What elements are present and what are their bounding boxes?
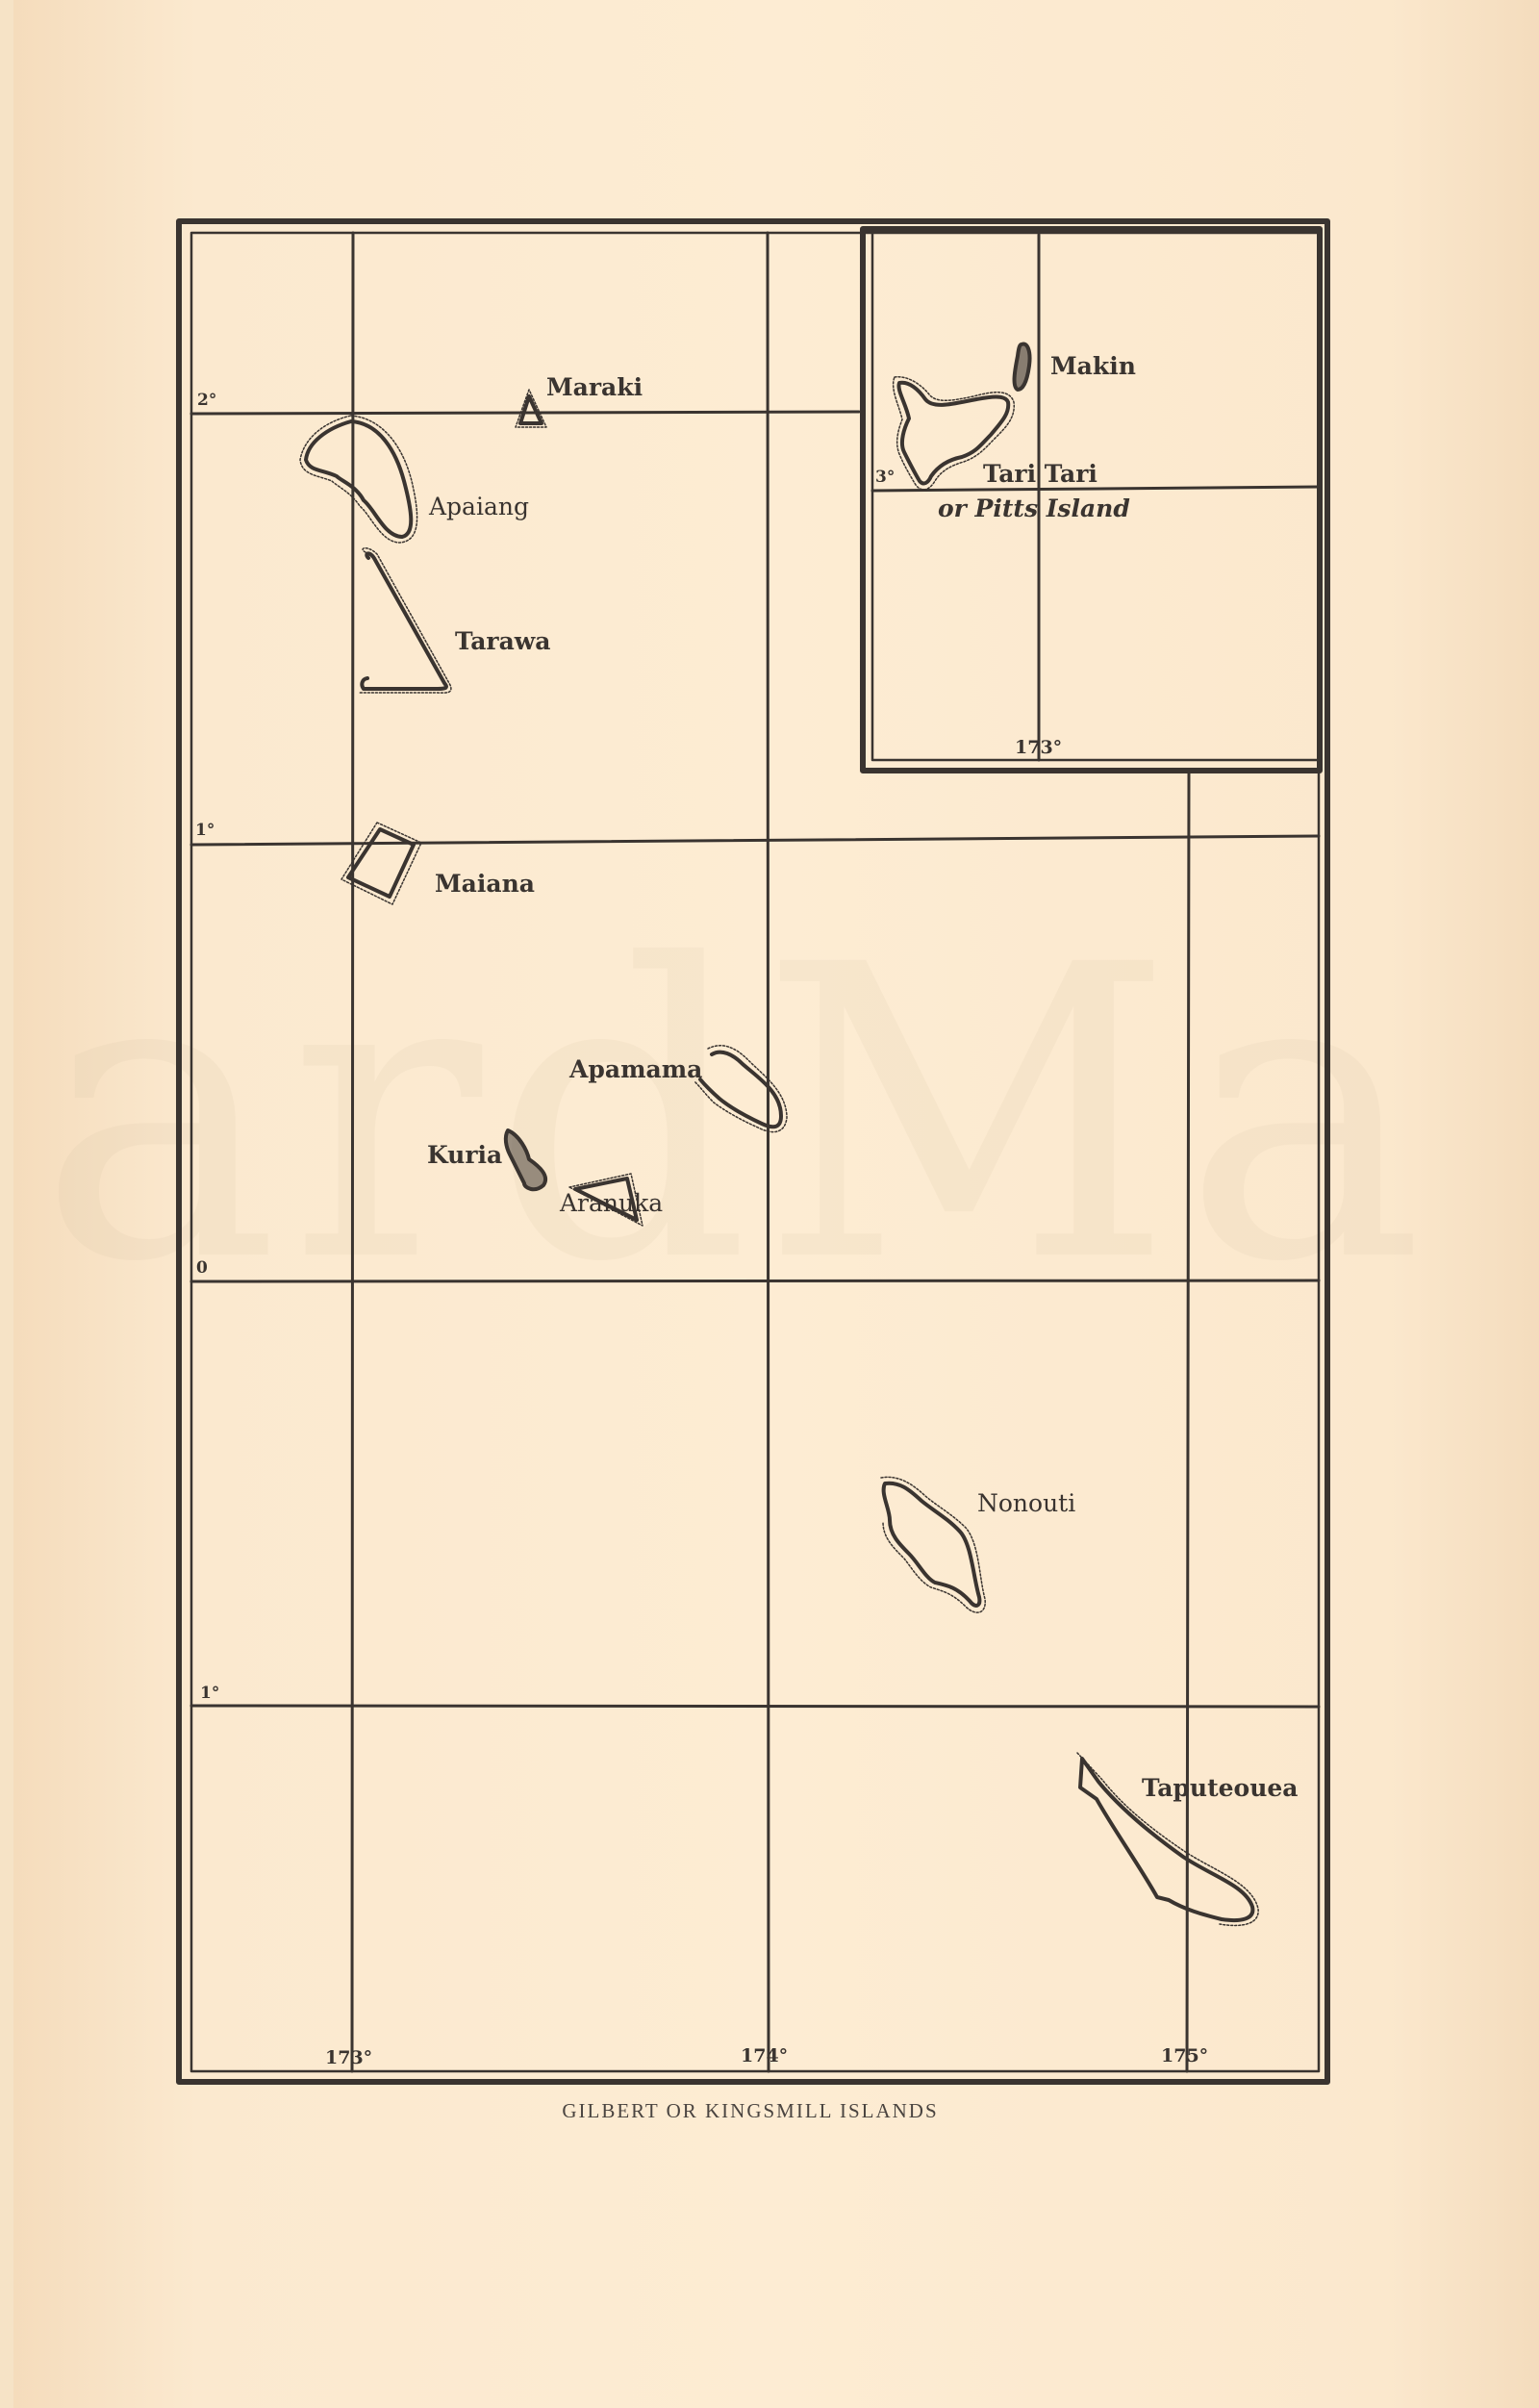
inset-label-makin: Makin [1050,352,1136,380]
label-apaiang: Apaiang [429,493,529,520]
lat-line-1n [191,836,1319,845]
label-maiana: Maiana [435,870,535,898]
label-tarawa: Tarawa [455,627,551,655]
lon-label-173: 173° [325,2047,372,2068]
lon-line-174 [768,233,769,2071]
label-maraki: Maraki [546,373,643,401]
lon-label-175: 175° [1161,2045,1208,2066]
lon-line-175 [1187,773,1189,2071]
lon-label-174: 174° [741,2045,788,2066]
lat-line-1s [191,1706,1319,1707]
label-apamama: Apamama [569,1055,702,1083]
label-taputeouea: Taputeouea [1142,1774,1298,1802]
inset-lon-label-173: 173° [1015,737,1062,758]
map-caption: GILBERT OR KINGSMILL ISLANDS [0,2099,1501,2123]
island-maraki [516,390,546,427]
island-nonouti [881,1477,985,1612]
label-aranuka: Aranuka [560,1189,663,1217]
lat-label-1-north: 1° [195,821,214,840]
island-apamama [694,1046,787,1132]
island-tarawa [360,548,451,693]
island-makin [1015,343,1030,390]
lat-label-2: 2° [197,391,216,410]
label-nonouti: Nonouti [977,1489,1075,1517]
lat-label-1-south: 1° [200,1684,219,1703]
island-apaiang [300,416,417,543]
inset-lat-label-3: 3° [875,468,895,487]
lat-line-0 [191,1280,1319,1281]
lat-label-0: 0 [196,1258,208,1278]
inset-label-tari-tari: Tari Tari [983,460,1097,488]
island-kuria [506,1130,545,1189]
lon-line-173 [352,233,353,2071]
label-kuria: Kuria [427,1141,502,1169]
inset-label-pitts-island: or Pitts Island [938,494,1130,522]
